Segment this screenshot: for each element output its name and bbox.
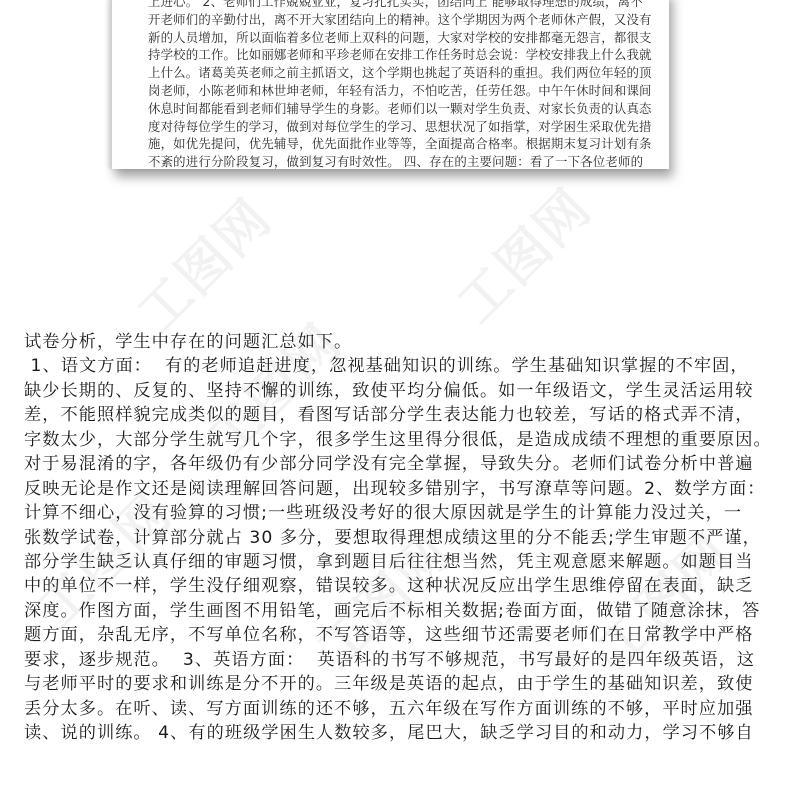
- body-line: 反映无论是作文还是阅读理解回答问题，出现较多错别字，书写潦草等问题。2、数学方面…: [24, 477, 784, 501]
- body-line: 题方面，杂乱无序，不写单位名称，不写答语等，这些细节还需要老师们在日常教学中严格: [24, 623, 784, 647]
- body-line: 深度。作图方面，学生画图不用铅笔，画完后不标相关数据;卷面方面，做错了随意涂抹，…: [24, 599, 784, 623]
- card-line: 新的人员增加，所以面临着多位老师上双科的问题，大家对学校的安排都毫无怨言，都很支: [148, 29, 658, 47]
- card-line: 持学校的工作。比如丽娜老师和平珍老师在安排工作任务时总会说：学校安排我上什么我就: [148, 46, 658, 64]
- body-line: 部分学生缺乏认真仔细的审题习惯，拿到题目后往往想当然，凭主观意愿来解题。如题目当: [24, 550, 784, 574]
- card-line: 上进心。 2、老师们工作兢兢业业，复习扎扎实实，团结向上 能够取得理想的成绩，离…: [148, 0, 658, 11]
- body-line: 对于易混淆的字，各年级仍有少部分同学没有完全掌握，导致失分。老师们试卷分析中普遍: [24, 452, 784, 476]
- body-line: 字数太少，大部分学生就写几个字，很多学生这里得分很低，是造成成绩不理想的重要原因…: [24, 428, 784, 452]
- body-line: 缺少长期的、反复的、坚持不懈的训练，致使平均分偏低。如一年级语文，学生灵活运用较: [24, 379, 784, 403]
- body-line: 中的单位不一样，学生没仔细观察，错误较多。这种状况反应出学生思维停留在表面，缺乏: [24, 574, 784, 598]
- body-line: 计算不细心，没有验算的习惯;一些班级没考好的很大原因就是学生的计算能力没过关，一: [24, 501, 784, 525]
- card-line: 上什么。诸葛美英老师之前主抓语文，这个学期也挑起了英语科的重担。我们两位年轻的顶: [148, 64, 658, 82]
- watermark: 工图网: [117, 179, 285, 347]
- body-line: 试卷分析，学生中存在的问题汇总如下。: [24, 330, 784, 354]
- card-line: 休息时间都能看到老师们辅导学生的身影。老师们以一颗对学生负责、对家长负责的认真态: [148, 100, 658, 118]
- card-text: 上进心。 2、老师们工作兢兢业业，复习扎扎实实，团结向上 能够取得理想的成绩，离…: [148, 0, 658, 169]
- body-line: 差，不能照样貌完成类似的题目，看图写话部分学生表达能力也较差，写话的格式弄不清，: [24, 403, 784, 427]
- body-line: 与老师平时的要求和训练是分不开的。三年级是英语的起点，由于学生的基础知识差，致使: [24, 672, 784, 696]
- body-line: 张数学试卷，计算部分就占 30 多分，要想取得理想成绩这里的分不能丢;学生审题不…: [24, 526, 784, 550]
- body-line: 读、说的训练。 4、有的班级学困生人数较多，尾巴大，缺乏学习目的和动力，学习不够…: [24, 721, 784, 745]
- body-line: 丢分太多。在听、读、写方面训练的还不够，五六年级在写作方面训练的不够，平时应加强: [24, 697, 784, 721]
- card-line: 不紊的进行分阶段复习，做到复习有时效性。 四、存在的主要问题：看了一下各位老师的: [148, 153, 658, 169]
- document-body-text: 试卷分析，学生中存在的问题汇总如下。 1、语文方面： 有的老师追赶进度，忽视基础…: [24, 330, 784, 745]
- watermark: 工图网: [437, 169, 605, 337]
- body-line: 1、语文方面： 有的老师追赶进度，忽视基础知识的训练。学生基础知识掌握的不牢固，: [24, 354, 784, 378]
- document-preview-card: 上进心。 2、老师们工作兢兢业业，复习扎扎实实，团结向上 能够取得理想的成绩，离…: [111, 0, 669, 169]
- card-line: 开老师们的辛勤付出，离不开大家团结向上的精神。这个学期因为两个老师休产假，又没有: [148, 11, 658, 29]
- card-line: 岗老师，小陈老师和林世坤老师，年轻有活力，不怕吃苦，任劳任怨。中午午休时间和课间: [148, 82, 658, 100]
- card-line: 施，如优先提问，优先辅导，优先面批作业等等，全面提高合格率。根据期末复习计划有条: [148, 135, 658, 153]
- card-line: 度对待每位学生的学习，做到对每位学生的学习、思想状况了如指掌，对学困生采取优先措: [148, 118, 658, 136]
- body-line: 要求，逐步规范。 3、英语方面： 英语科的书写不够规范，书写最好的是四年级英语，…: [24, 648, 784, 672]
